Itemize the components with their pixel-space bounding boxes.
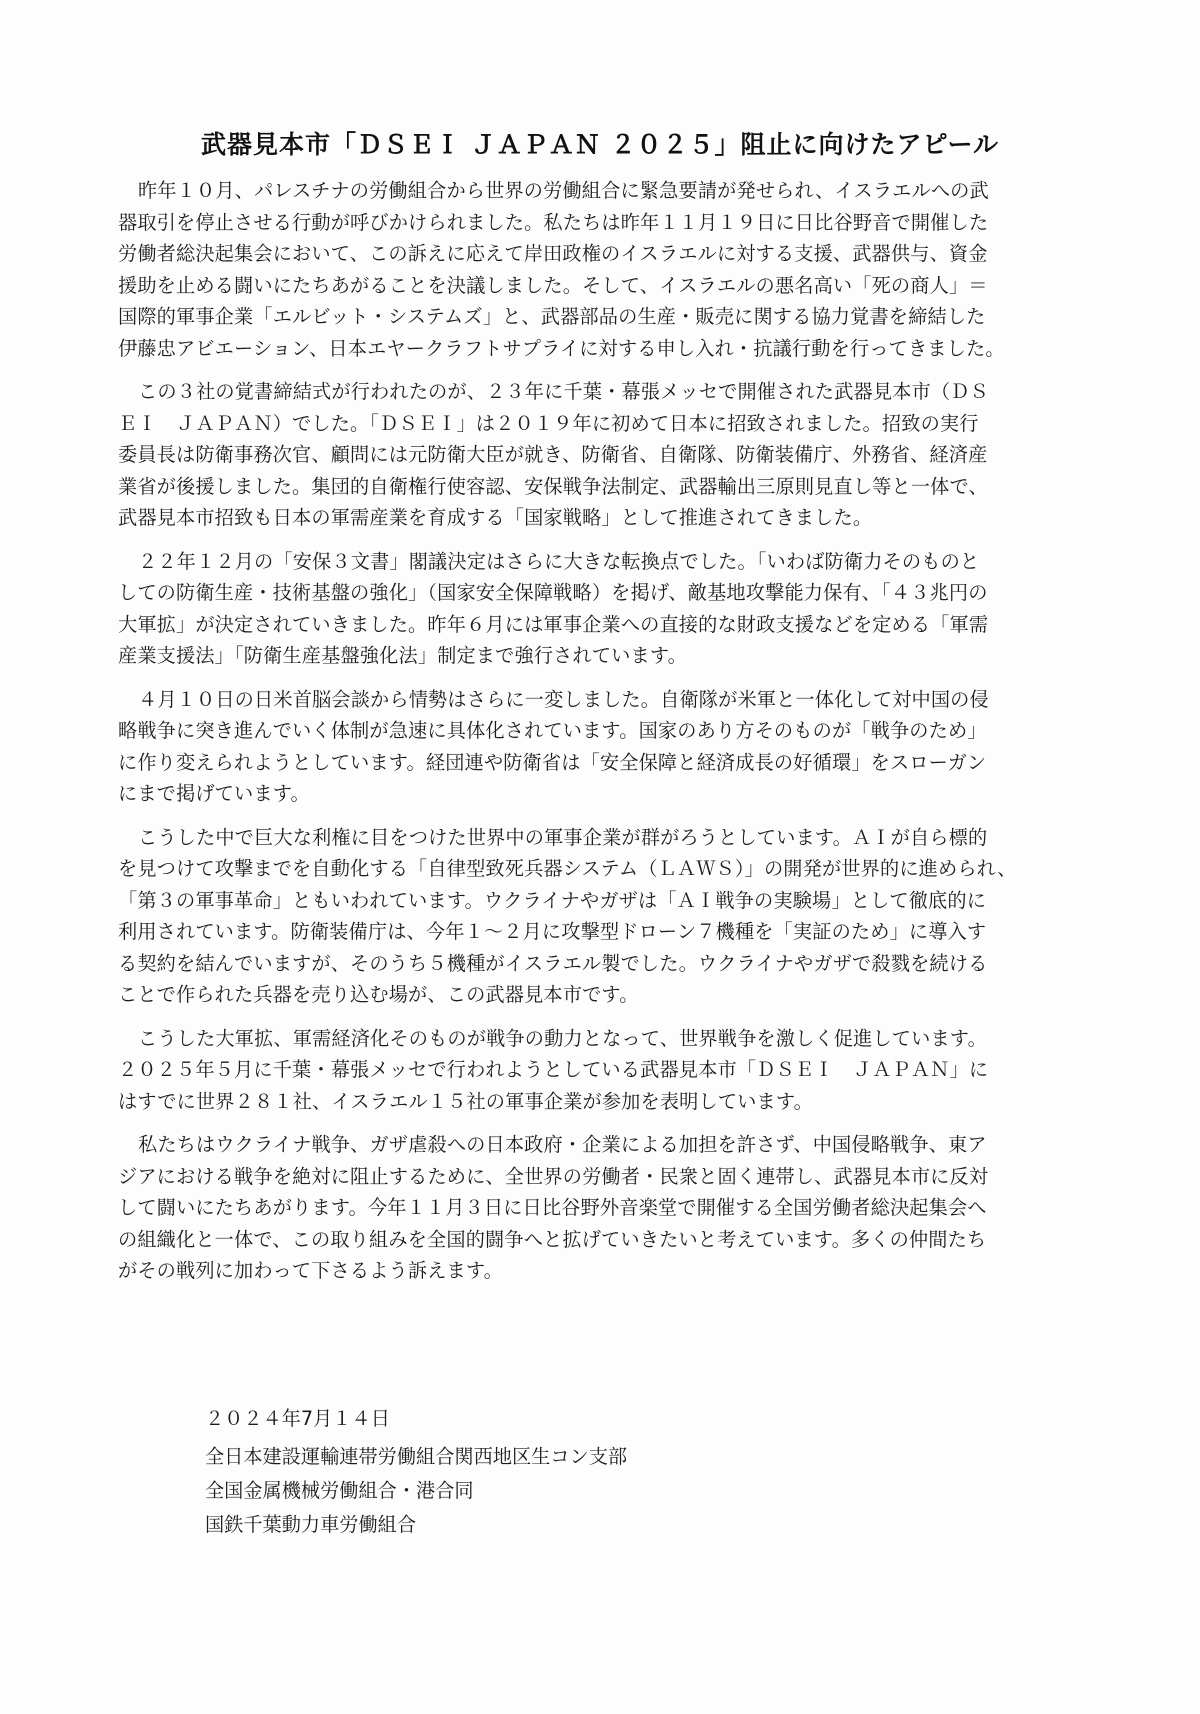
text-line: 武器見本市招致も日本の軍需産業を育成する「国家戦略」として推進されてきました。	[118, 502, 1118, 534]
signatory-organization: 全国金属機械労働組合・港合同	[205, 1474, 627, 1508]
text-line: 産業支援法」「防衛生産基盤強化法」制定まで強行されています。	[118, 640, 1118, 672]
signature-date: ２０２４年7月１４日	[205, 1402, 627, 1436]
text-line: 援助を止める闘いにたちあがることを決議しました。そして、イスラエルの悪名高い「死…	[118, 270, 1118, 302]
text-line: こうした中で巨大な利権に目をつけた世界中の軍事企業が群がろうとしています。ＡＩが…	[118, 822, 1118, 854]
paragraph-5: こうした中で巨大な利権に目をつけた世界中の軍事企業が群がろうとしています。ＡＩが…	[118, 822, 1118, 1011]
signature-block: ２０２４年7月１４日 全日本建設運輸連帯労働組合関西地区生コン支部 全国金属機械…	[205, 1402, 627, 1542]
text-line: る契約を結んでいますが、そのうち５機種がイスラエル製でした。ウクライナやガザで殺…	[118, 948, 1118, 980]
signatory-organization: 国鉄千葉動力車労働組合	[205, 1508, 627, 1542]
text-line: を見つけて攻撃までを自動化する「自律型致死兵器システム（ＬＡＷＳ）」の開発が世界…	[118, 853, 1118, 885]
text-line: 略戦争に突き進んでいく体制が急速に具体化されています。国家のあり方そのものが「戦…	[118, 715, 1118, 747]
text-line: ４月１０日の日米首脳会談から情勢はさらに一変しました。自衛隊が米軍と一体化して対…	[118, 684, 1118, 716]
text-line: して闘いにたちあがります。今年１１月３日に日比谷野外音楽堂で開催する全国労働者総…	[118, 1192, 1118, 1224]
signatory-organization: 全日本建設運輸連帯労働組合関西地区生コン支部	[205, 1440, 627, 1474]
text-line: がその戦列に加わって下さるよう訴えます。	[118, 1255, 1118, 1287]
paragraph-4: ４月１０日の日米首脳会談から情勢はさらに一変しました。自衛隊が米軍と一体化して対…	[118, 684, 1118, 810]
text-line: ジアにおける戦争を絶対に阻止するために、全世界の労働者・民衆と固く連帯し、武器見…	[118, 1161, 1118, 1193]
document-page: 武器見本市「ＤＳＥＩ ＪＡＰＡＮ ２０２５」阻止に向けたアピール 昨年１０月、パ…	[0, 0, 1200, 1714]
text-line: 「第３の軍事革命」ともいわれています。ウクライナやガザは「ＡＩ戦争の実験場」とし…	[118, 885, 1118, 917]
document-title: 武器見本市「ＤＳＥＩ ＪＡＰＡＮ ２０２５」阻止に向けたアピール	[0, 125, 1200, 161]
text-line: 器取引を停止させる行動が呼びかけられました。私たちは昨年１１月１９日に日比谷野音…	[118, 207, 1118, 239]
text-line: 労働者総決起集会において、この訴えに応えて岸田政権のイスラエルに対する支援、武器…	[118, 238, 1118, 270]
text-line: はすでに世界２８１社、イスラエル１５社の軍事企業が参加を表明しています。	[118, 1086, 1118, 1118]
paragraph-7: 私たちはウクライナ戦争、ガザ虐殺への日本政府・企業による加担を許さず、中国侵略戦…	[118, 1129, 1118, 1287]
text-line: 委員長は防衛事務次官、顧問には元防衛大臣が就き、防衛省、自衛隊、防衛装備庁、外務…	[118, 439, 1118, 471]
text-line: この３社の覚書締結式が行われたのが、２３年に千葉・幕張メッセで開催された武器見本…	[118, 376, 1118, 408]
text-line: 利用されています。防衛装備庁は、今年１～２月に攻撃型ドローン７機種を「実証のため…	[118, 916, 1118, 948]
text-line: 伊藤忠アビエーション、日本エヤークラフトサプライに対する申し入れ・抗議行動を行っ…	[118, 333, 1118, 365]
document-body: 昨年１０月、パレスチナの労働組合から世界の労働組合に緊急要請が発せられ、イスラエ…	[118, 175, 1118, 1299]
paragraph-1: 昨年１０月、パレスチナの労働組合から世界の労働組合に緊急要請が発せられ、イスラエ…	[118, 175, 1118, 364]
text-line: 業省が後援しました。集団的自衛権行使容認、安保戦争法制定、武器輸出三原則見直し等…	[118, 471, 1118, 503]
text-line: に作り変えられようとしています。経団連や防衛省は「安全保障と経済成長の好循環」を…	[118, 747, 1118, 779]
text-line: ことで作られた兵器を売り込む場が、この武器見本市です。	[118, 979, 1118, 1011]
text-line: しての防衛生産・技術基盤の強化」（国家安全保障戦略）を掲げ、敵基地攻撃能力保有、…	[118, 577, 1118, 609]
paragraph-6: こうした大軍拡、軍需経済化そのものが戦争の動力となって、世界戦争を激しく促進して…	[118, 1023, 1118, 1118]
paragraph-3: ２２年１２月の「安保３文書」閣議決定はさらに大きな転換点でした。「いわば防衛力そ…	[118, 546, 1118, 672]
text-line: ＥＩ ＪＡＰＡＮ）でした。「ＤＳＥＩ」は２０１９年に初めて日本に招致されました。…	[118, 408, 1118, 440]
text-line: 国際的軍事企業「エルビット・システムズ」と、武器部品の生産・販売に関する協力覚書…	[118, 301, 1118, 333]
text-line: ２２年１２月の「安保３文書」閣議決定はさらに大きな転換点でした。「いわば防衛力そ…	[118, 546, 1118, 578]
paragraph-2: この３社の覚書締結式が行われたのが、２３年に千葉・幕張メッセで開催された武器見本…	[118, 376, 1118, 534]
text-line: の組織化と一体で、この取り組みを全国的闘争へと拡げていきたいと考えています。多く…	[118, 1224, 1118, 1256]
text-line: にまで掲げています。	[118, 778, 1118, 810]
text-line: こうした大軍拡、軍需経済化そのものが戦争の動力となって、世界戦争を激しく促進して…	[118, 1023, 1118, 1055]
text-line: 昨年１０月、パレスチナの労働組合から世界の労働組合に緊急要請が発せられ、イスラエ…	[118, 175, 1118, 207]
text-line: ２０２５年５月に千葉・幕張メッセで行われようとしている武器見本市「ＤＳＥＩ ＪＡ…	[118, 1054, 1118, 1086]
text-line: 私たちはウクライナ戦争、ガザ虐殺への日本政府・企業による加担を許さず、中国侵略戦…	[118, 1129, 1118, 1161]
text-line: 大軍拡」が決定されていきました。昨年６月には軍事企業への直接的な財政支援などを定…	[118, 609, 1118, 641]
